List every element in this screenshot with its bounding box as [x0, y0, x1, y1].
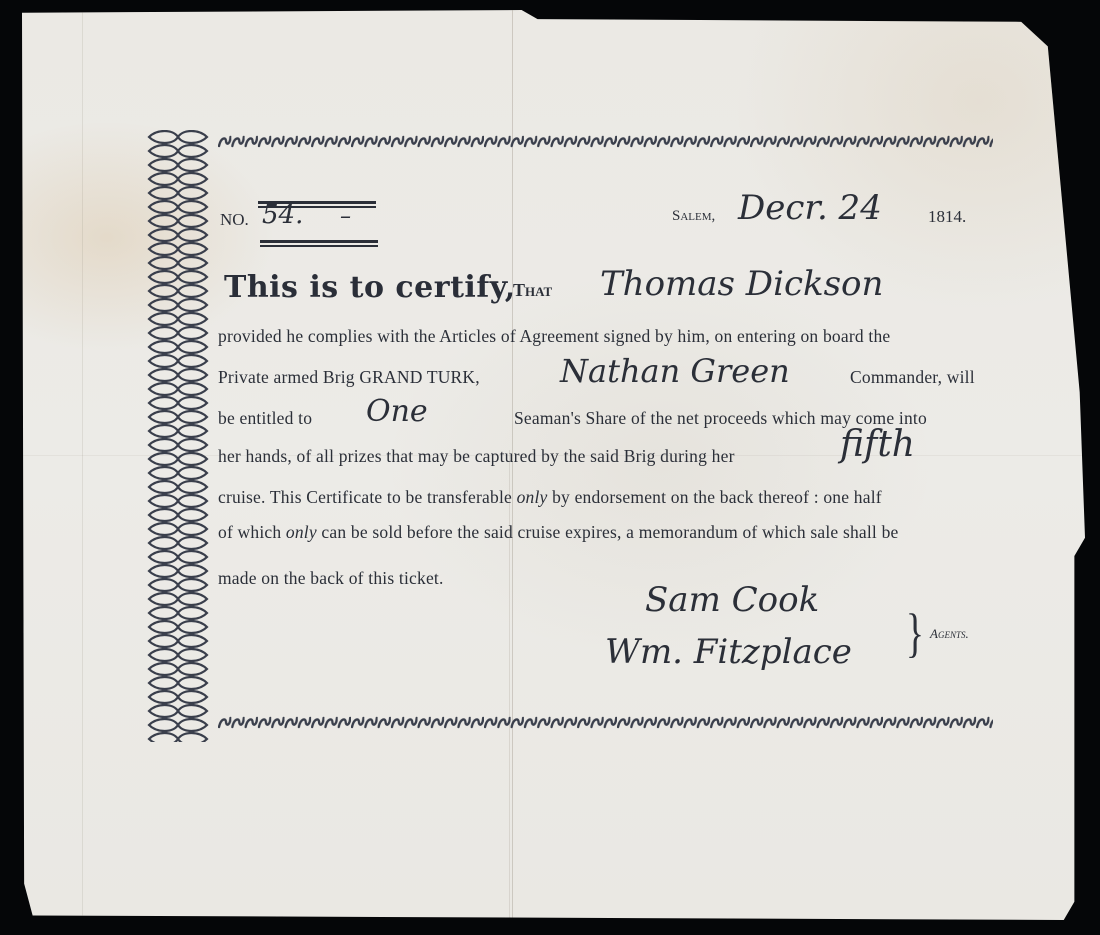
- cruise-number-handwritten: fifth: [840, 424, 915, 465]
- agent-signature-1: Sam Cook: [645, 580, 819, 620]
- certificate-number: 54.: [262, 200, 303, 230]
- body-line-7: made on the back of this ticket.: [218, 568, 444, 589]
- share-count-handwritten: One: [366, 394, 428, 429]
- left-ornamental-border: [145, 130, 211, 742]
- that-label: That: [513, 280, 552, 301]
- certificate-heading: This is to certify,: [224, 270, 516, 305]
- body-line-2-start: Private armed Brig GRAND TURK,: [218, 367, 480, 388]
- agents-label: Agents.: [930, 626, 969, 642]
- number-rule-bottom: [260, 245, 378, 247]
- number-dash: –: [340, 204, 351, 229]
- body-line-2-end: Commander, will: [850, 367, 975, 388]
- bottom-ornamental-border: [218, 712, 993, 734]
- fold-line: [82, 10, 83, 920]
- year: 1814.: [928, 207, 966, 227]
- date-handwritten: Decr. 24: [738, 188, 882, 228]
- body-line-1: provided he complies with the Articles o…: [218, 326, 890, 347]
- place-label: Salem,: [672, 208, 715, 225]
- signature-brace: }: [906, 606, 924, 660]
- top-ornamental-border: [218, 131, 993, 153]
- number-rule-bottom: [260, 240, 378, 243]
- commander-name-handwritten: Nathan Green: [560, 352, 790, 390]
- number-label: NO.: [220, 210, 249, 230]
- body-line-4: her hands, of all prizes that may be cap…: [218, 446, 735, 467]
- body-line-6: of which only can be sold before the sai…: [218, 522, 899, 543]
- recipient-name-handwritten: Thomas Dickson: [600, 264, 883, 304]
- agent-signature-2: Wm. Fitzplace: [605, 632, 852, 672]
- body-line-5: cruise. This Certificate to be transfera…: [218, 487, 882, 508]
- fold-line: [509, 450, 510, 920]
- body-line-3-start: be entitled to: [218, 408, 312, 429]
